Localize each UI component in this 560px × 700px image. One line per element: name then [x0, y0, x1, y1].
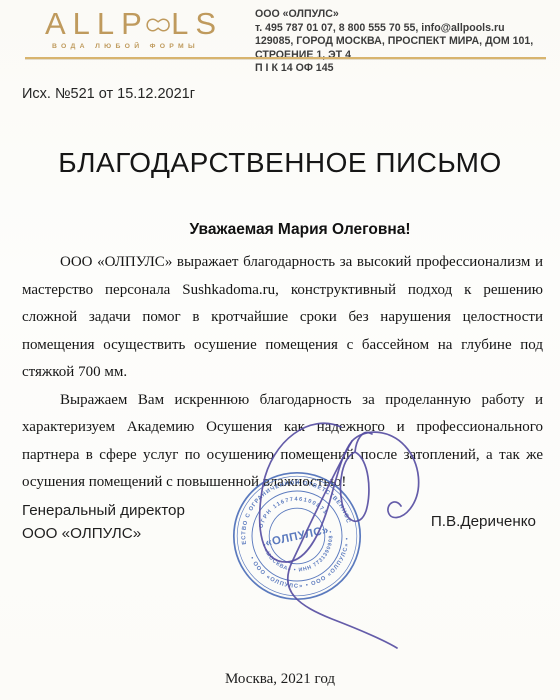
- logo-text-left: ALLP: [45, 7, 149, 41]
- signer-name: П.В.Дериченко: [431, 510, 536, 545]
- company-name: ООО «ОЛПУЛС»: [255, 8, 548, 22]
- logo-tagline: ВОДА ЛЮБОЙ ФОРМЫ: [45, 43, 223, 50]
- company-stamp: ОБЩЕСТВО С ОГРАНИЧЕННОЙ ОТВЕТСТВЕННОСТЬЮ…: [218, 457, 377, 616]
- pool-shape-icon: [146, 11, 170, 39]
- signatory-position: Генеральный директор: [22, 499, 185, 522]
- logo-text-right: LS: [171, 7, 223, 41]
- signatory-title: Генеральный директор ООО «ОЛПУЛС»: [22, 499, 185, 545]
- paragraph-1: ООО «ОЛПУЛС» выражает благодарность за в…: [22, 249, 543, 387]
- company-contacts: т. 495 787 01 07, 8 800 555 70 55, info@…: [255, 22, 548, 36]
- company-info: ООО «ОЛПУЛС» т. 495 787 01 07, 8 800 555…: [255, 7, 548, 76]
- company-logo: ALLP LS ВОДА ЛЮБОЙ ФОРМЫ: [45, 7, 223, 50]
- footer-city-year: Москва, 2021 год: [0, 671, 560, 688]
- reference-number: Исх. №521 от 15.12.2021г: [22, 86, 195, 102]
- scanned-letter-page: ALLP LS ВОДА ЛЮБОЙ ФОРМЫ ООО «ОЛПУЛС» т.…: [0, 0, 560, 700]
- salutation: Уважаемая Мария Олеговна!: [40, 221, 560, 239]
- signatory-company: ООО «ОЛПУЛС»: [22, 522, 185, 545]
- company-address-line2: П I К 14 ОФ 145: [255, 62, 548, 76]
- logo-wordmark: ALLP LS: [45, 7, 223, 41]
- stamp-center-text: «ОЛПУЛС»: [264, 524, 330, 549]
- letterhead-divider: [25, 57, 546, 59]
- letterhead: ALLP LS ВОДА ЛЮБОЙ ФОРМЫ ООО «ОЛПУЛС» т.…: [45, 7, 548, 76]
- letter-body: ООО «ОЛПУЛС» выражает благодарность за в…: [22, 249, 543, 497]
- letter-title: БЛАГОДАРСТВЕННОЕ ПИСЬМО: [0, 147, 560, 179]
